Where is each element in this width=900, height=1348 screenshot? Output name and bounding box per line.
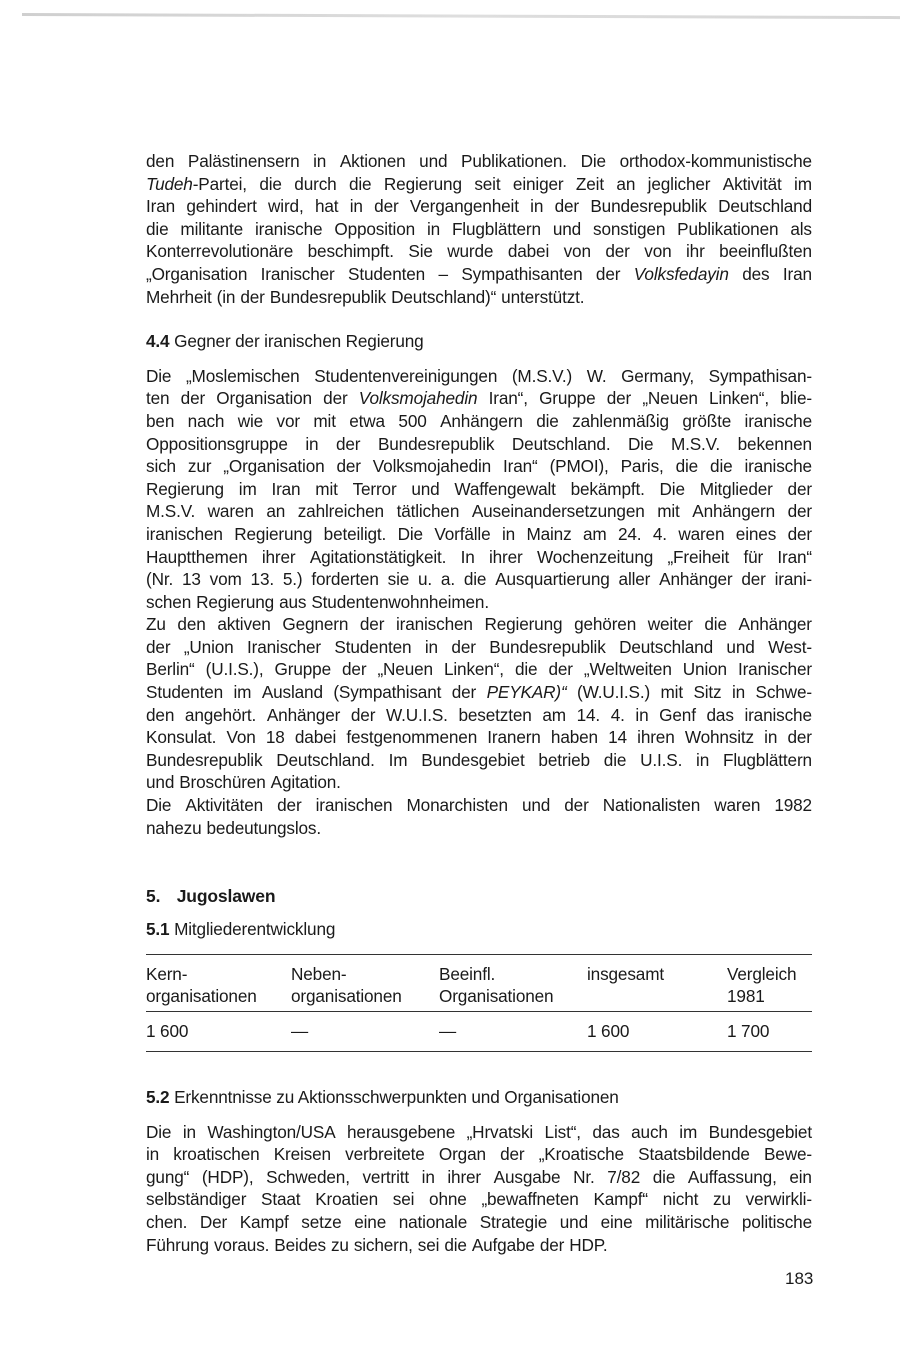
text-line: ZudenaktivenGegnernderiranischenRegierun… <box>146 613 812 636</box>
section-number: 5.1 <box>146 919 169 939</box>
section-number: 4.4 <box>146 331 169 351</box>
text-line: Führungvoraus.Beideszusichern,seidieAufg… <box>146 1234 812 1257</box>
section-5-2-paragraph: DieinWashington/USAherausgebene„Hrvatski… <box>146 1121 812 1257</box>
section-title: Mitgliederentwicklung <box>174 919 335 939</box>
scan-edge-line <box>22 13 900 19</box>
text-line: undBroschürenAgitation. <box>146 771 812 794</box>
text-line: nahezubedeutungslos. <box>146 817 812 840</box>
text-line: BundesrepublikDeutschland.ImBundesgebiet… <box>146 749 812 772</box>
text-line: M.S.V.warenanzahlreichentätlichenAuseina… <box>146 500 812 523</box>
text-line: bennachwievormitetwa500Anhängerndiezahle… <box>146 410 812 433</box>
column-header: Neben-organisationen <box>291 955 439 1012</box>
text-line: iranischenRegierungbeteiligt.DieVorfälle… <box>146 523 812 546</box>
text-line: sichzur„OrganisationderVolksmojahedinIra… <box>146 455 812 478</box>
column-header: Beeinfl.Organisationen <box>439 955 587 1012</box>
text-line: denPalästinenserninAktionenundPublikatio… <box>146 150 812 173</box>
text-line: gung“(HDP),Schweden,vertrittinihrerAusga… <box>146 1166 812 1189</box>
text-line: DieinWashington/USAherausgebene„Hrvatski… <box>146 1121 812 1144</box>
section-number: 5.2 <box>146 1087 169 1107</box>
table-cell: 1 600 <box>587 1012 727 1052</box>
text-line: Berlin“(U.I.S.),Gruppeder„NeuenLinken“,d… <box>146 658 812 681</box>
text-line: Konsulat.Von18dabeifestgenommenenIranern… <box>146 726 812 749</box>
column-header: Vergleich1981 <box>727 955 812 1012</box>
table-cell: — <box>291 1012 439 1052</box>
section-5-2-heading: 5.2 Erkenntnisse zu Aktionsschwerpunkten… <box>146 1086 812 1109</box>
text-line: StudentenimAusland(SympathisantderPEYKAR… <box>146 681 812 704</box>
section-title: Gegner der iranischen Regierung <box>174 331 424 351</box>
table-header-row: Kern-organisationenNeben-organisationenB… <box>146 955 812 1012</box>
text-line: Mehrheit(inderBundesrepublikDeutschland)… <box>146 286 812 309</box>
text-line: schenRegierungausStudentenwohnheimen. <box>146 591 812 614</box>
section-title: Jugoslawen <box>177 886 276 906</box>
text-line: Tudeh-Partei,diedurchdieRegierungseitein… <box>146 173 812 196</box>
page-number: 183 <box>785 1269 813 1289</box>
table-cell: 1 700 <box>727 1012 812 1052</box>
text-line: Konterrevolutionärebeschimpft.Siewurdeda… <box>146 240 812 263</box>
text-line: diemilitanteiranischeOppositioninFlugblä… <box>146 218 812 241</box>
text-line: Die„MoslemischenStudentenvereinigungen(M… <box>146 365 812 388</box>
table-body: 1 600——1 6001 700 <box>146 1012 812 1052</box>
text-line: inkroatischenKreisenverbreiteteOrgander„… <box>146 1143 812 1166</box>
text-line: selbständigerStaatKroatienseiohne„bewaff… <box>146 1188 812 1211</box>
table-row: 1 600——1 6001 700 <box>146 1012 812 1052</box>
text-line: HauptthemenihrerAgitationstätigkeit.Inih… <box>146 546 812 569</box>
text-line: RegierungimIranmitTerrorundWaffengewaltb… <box>146 478 812 501</box>
text-line: chen.DerKampfsetzeeinenationaleStrategie… <box>146 1211 812 1234</box>
intro-paragraph: denPalästinenserninAktionenundPublikatio… <box>146 150 812 308</box>
text-line: DieAktivitätenderiranischenMonarchistenu… <box>146 794 812 817</box>
section-4-4-paragraph-1: Die„MoslemischenStudentenvereinigungen(M… <box>146 365 812 614</box>
column-header: Kern-organisationen <box>146 955 291 1012</box>
text-line: „OrganisationIranischerStudenten–Sympath… <box>146 263 812 286</box>
section-4-4-heading: 4.4 Gegner der iranischen Regierung <box>146 330 812 353</box>
page-content: denPalästinenserninAktionenundPublikatio… <box>146 150 812 1256</box>
section-4-4-paragraph-2: ZudenaktivenGegnernderiranischenRegierun… <box>146 613 812 794</box>
section-title: Erkenntnisse zu Aktionsschwerpunkten und… <box>174 1087 619 1107</box>
table-cell: — <box>439 1012 587 1052</box>
text-line: denangehört.AnhängerderW.U.I.S.besetzten… <box>146 704 812 727</box>
text-line: der„UnionIranischerStudenteninderBundesr… <box>146 636 812 659</box>
column-header: insgesamt <box>587 955 727 1012</box>
section-5-1-heading: 5.1 Mitgliederentwicklung <box>146 918 812 941</box>
table-cell: 1 600 <box>146 1012 291 1052</box>
section-4-4-paragraph-3: DieAktivitätenderiranischenMonarchistenu… <box>146 794 812 839</box>
text-line: tenderOrganisationderVolksmojahedinIran“… <box>146 387 812 410</box>
text-line: (Nr.13vom13.5.)fordertensieu.a.dieAusqua… <box>146 568 812 591</box>
text-line: OppositionsgruppeinderBundesrepublikDeut… <box>146 433 812 456</box>
membership-table: Kern-organisationenNeben-organisationenB… <box>146 954 812 1052</box>
section-5-heading: 5. Jugoslawen <box>146 885 812 908</box>
text-line: Irangehindertwird,hatinderVergangenheiti… <box>146 195 812 218</box>
section-number: 5. <box>146 885 172 908</box>
